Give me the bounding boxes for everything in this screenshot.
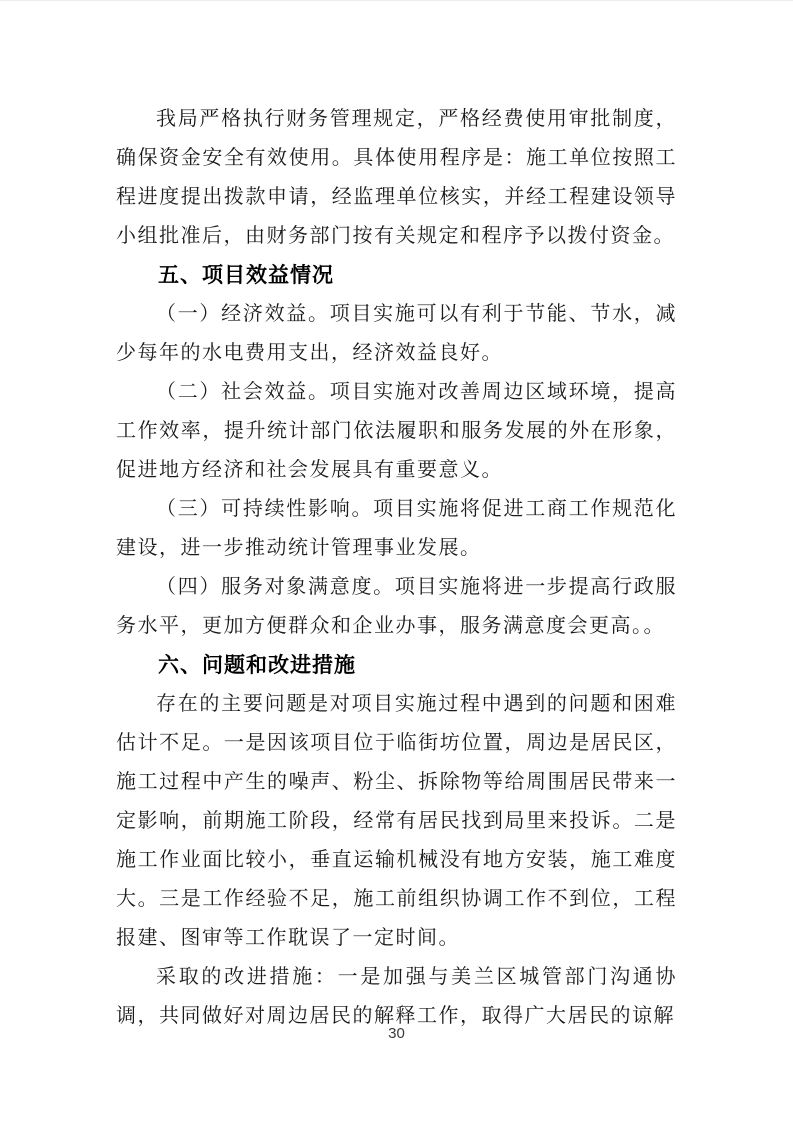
page-number: 30 xyxy=(0,1025,793,1042)
body-paragraph: 存在的主要问题是对项目实施过程中遇到的问题和困难估计不足。一是因该项目位于临街坊… xyxy=(116,685,677,958)
body-paragraph: （三）可持续性影响。项目实施将促进工商工作规范化建设，进一步推动统计管理事业发展… xyxy=(116,490,677,568)
body-paragraph: （一）经济效益。项目实施可以有利于节能、节水，减少每年的水电费用支出，经济效益良… xyxy=(116,295,677,373)
document-body: 我局严格执行财务管理规定，严格经费使用审批制度，确保资金安全有效使用。具体使用程… xyxy=(116,100,677,1036)
body-paragraph: （二）社会效益。项目实施对改善周边区域环境，提高工作效率，提升统计部门依法履职和… xyxy=(116,373,677,490)
section-heading: 六、问题和改进措施 xyxy=(116,646,677,685)
body-paragraph: （四）服务对象满意度。项目实施将进一步提高行政服务水平，更加方便群众和企业办事，… xyxy=(116,568,677,646)
body-paragraph: 我局严格执行财务管理规定，严格经费使用审批制度，确保资金安全有效使用。具体使用程… xyxy=(116,100,677,256)
document-page: 我局严格执行财务管理规定，严格经费使用审批制度，确保资金安全有效使用。具体使用程… xyxy=(0,0,793,1122)
section-heading: 五、项目效益情况 xyxy=(116,256,677,295)
